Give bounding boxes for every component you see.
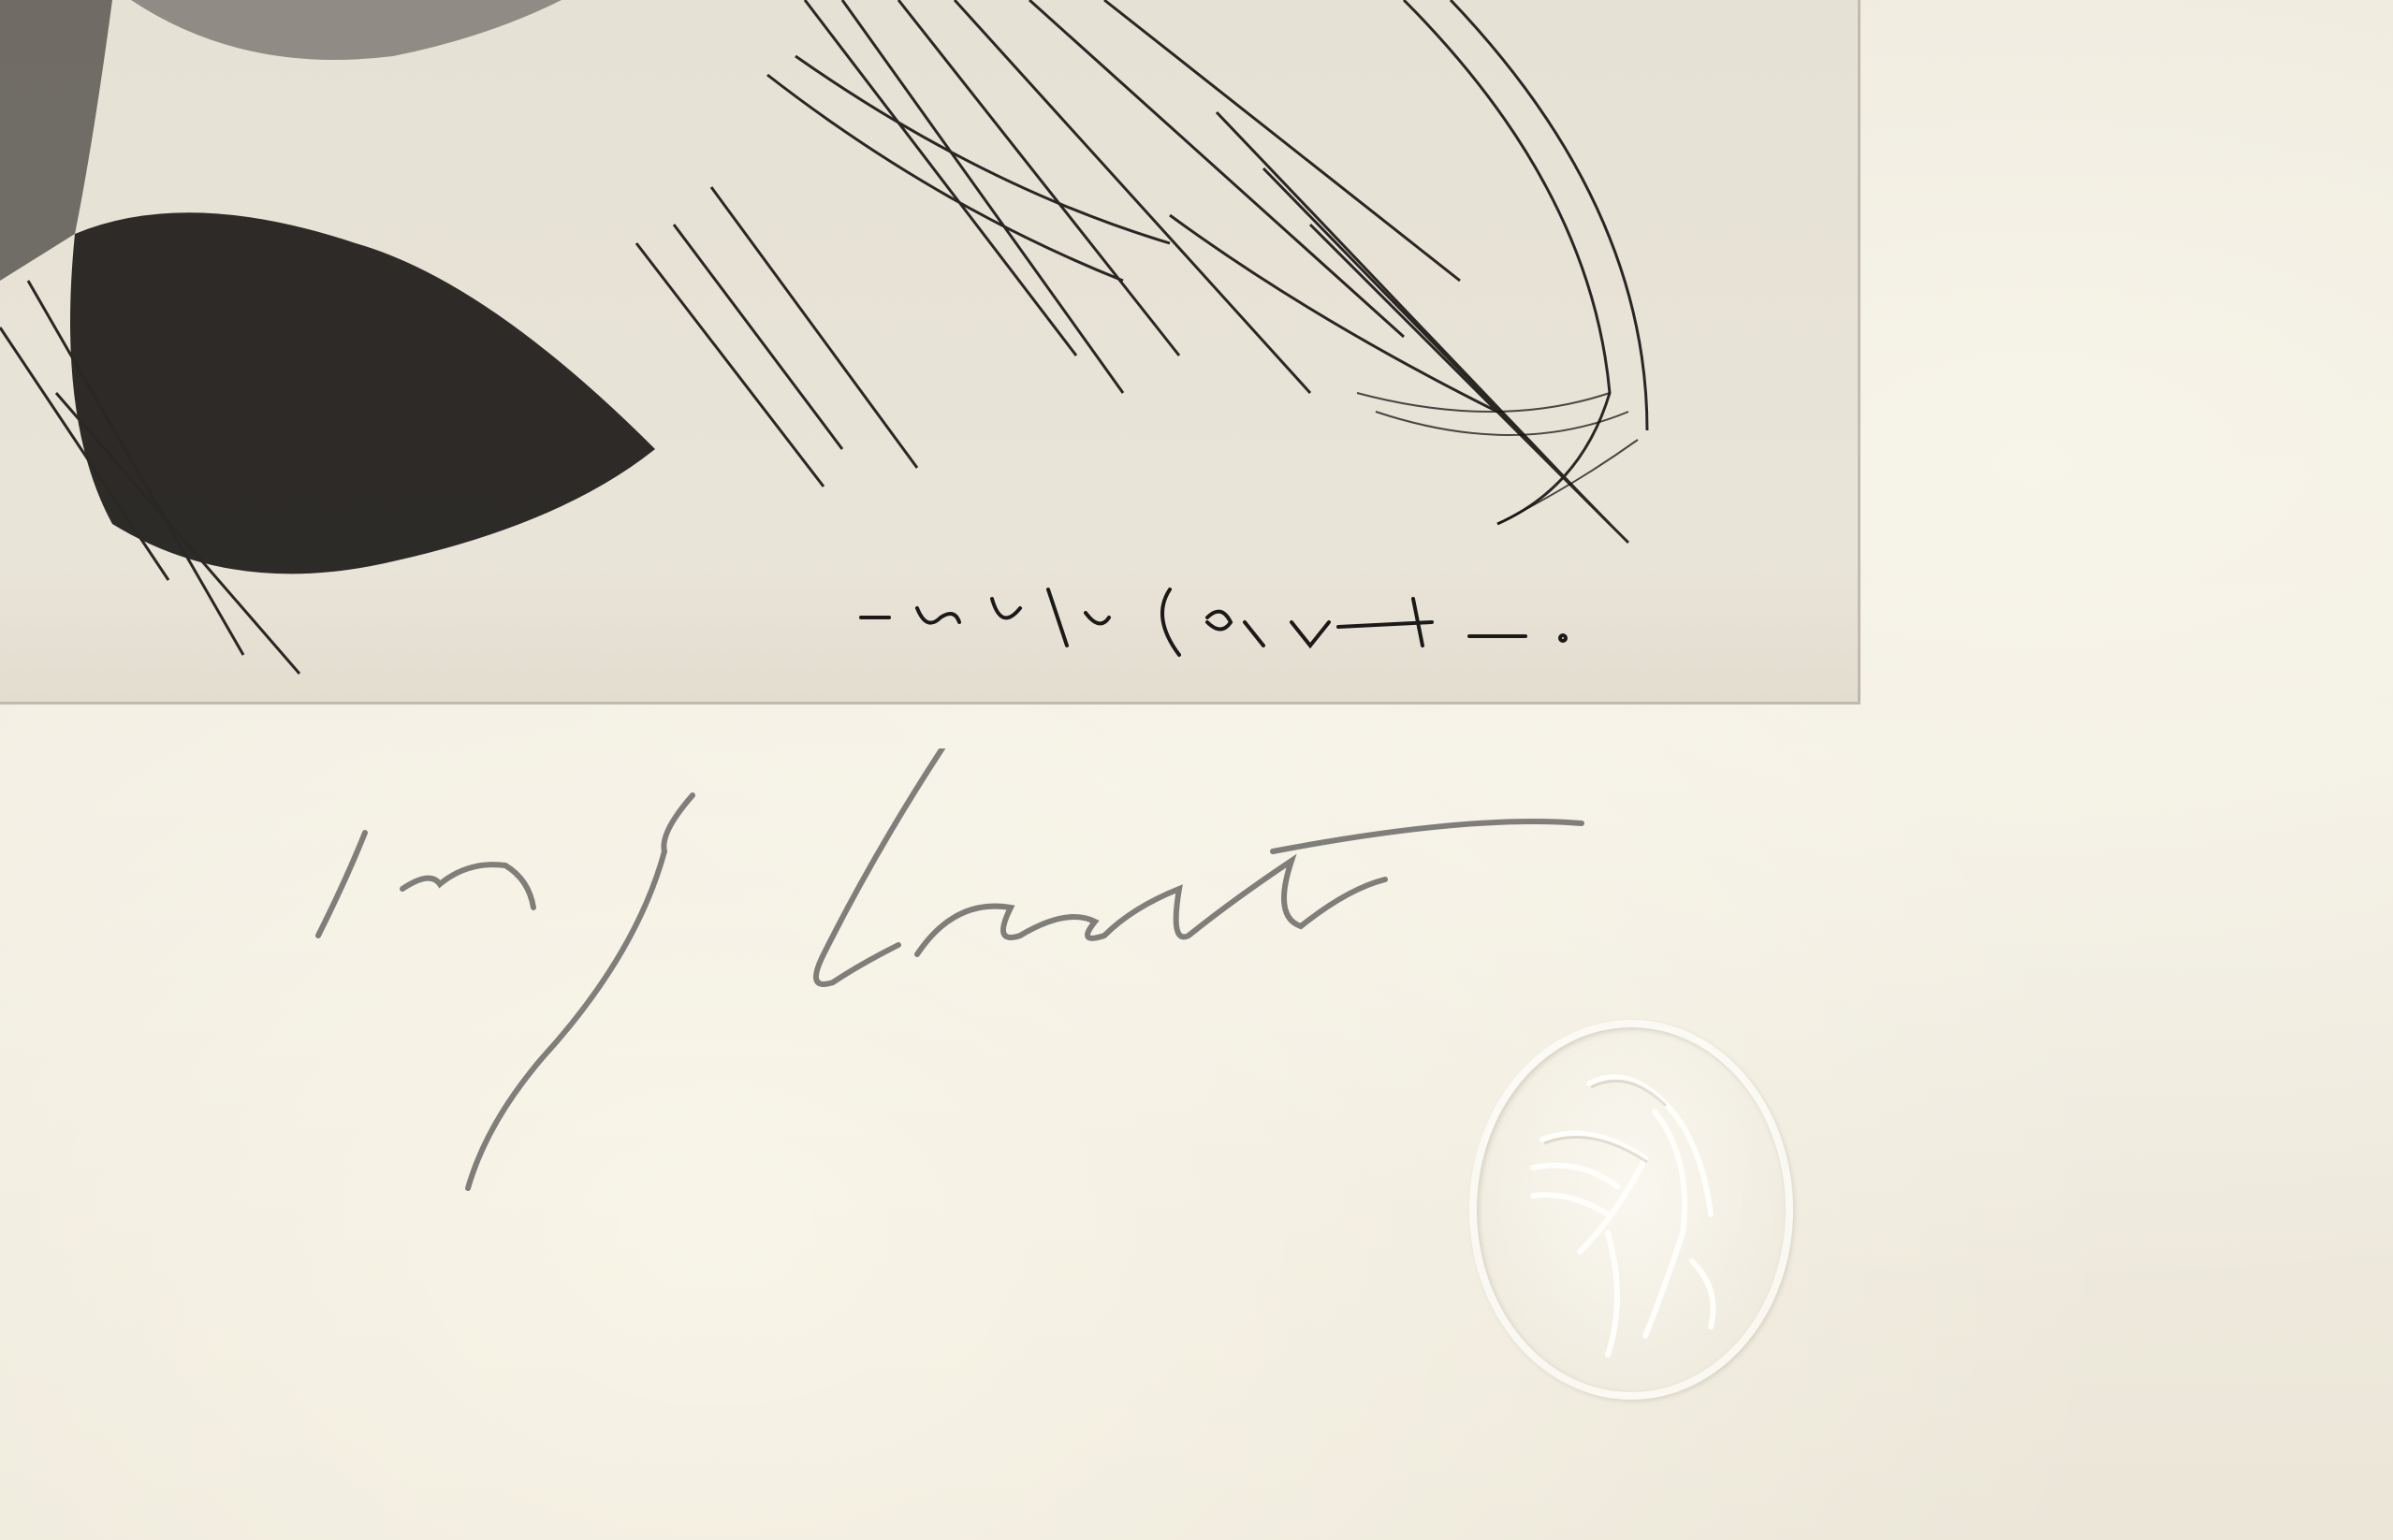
plate-signature: Lovis Corinth (852, 580, 1694, 664)
blind-stamp: winged figure (1469, 1020, 1793, 1400)
pencil-signature: Lovis Corinth (299, 748, 2078, 1198)
winged-figure-emboss: winged figure (1477, 1027, 1786, 1392)
etching-plate-area: Lovis Corinth (0, 0, 1860, 705)
